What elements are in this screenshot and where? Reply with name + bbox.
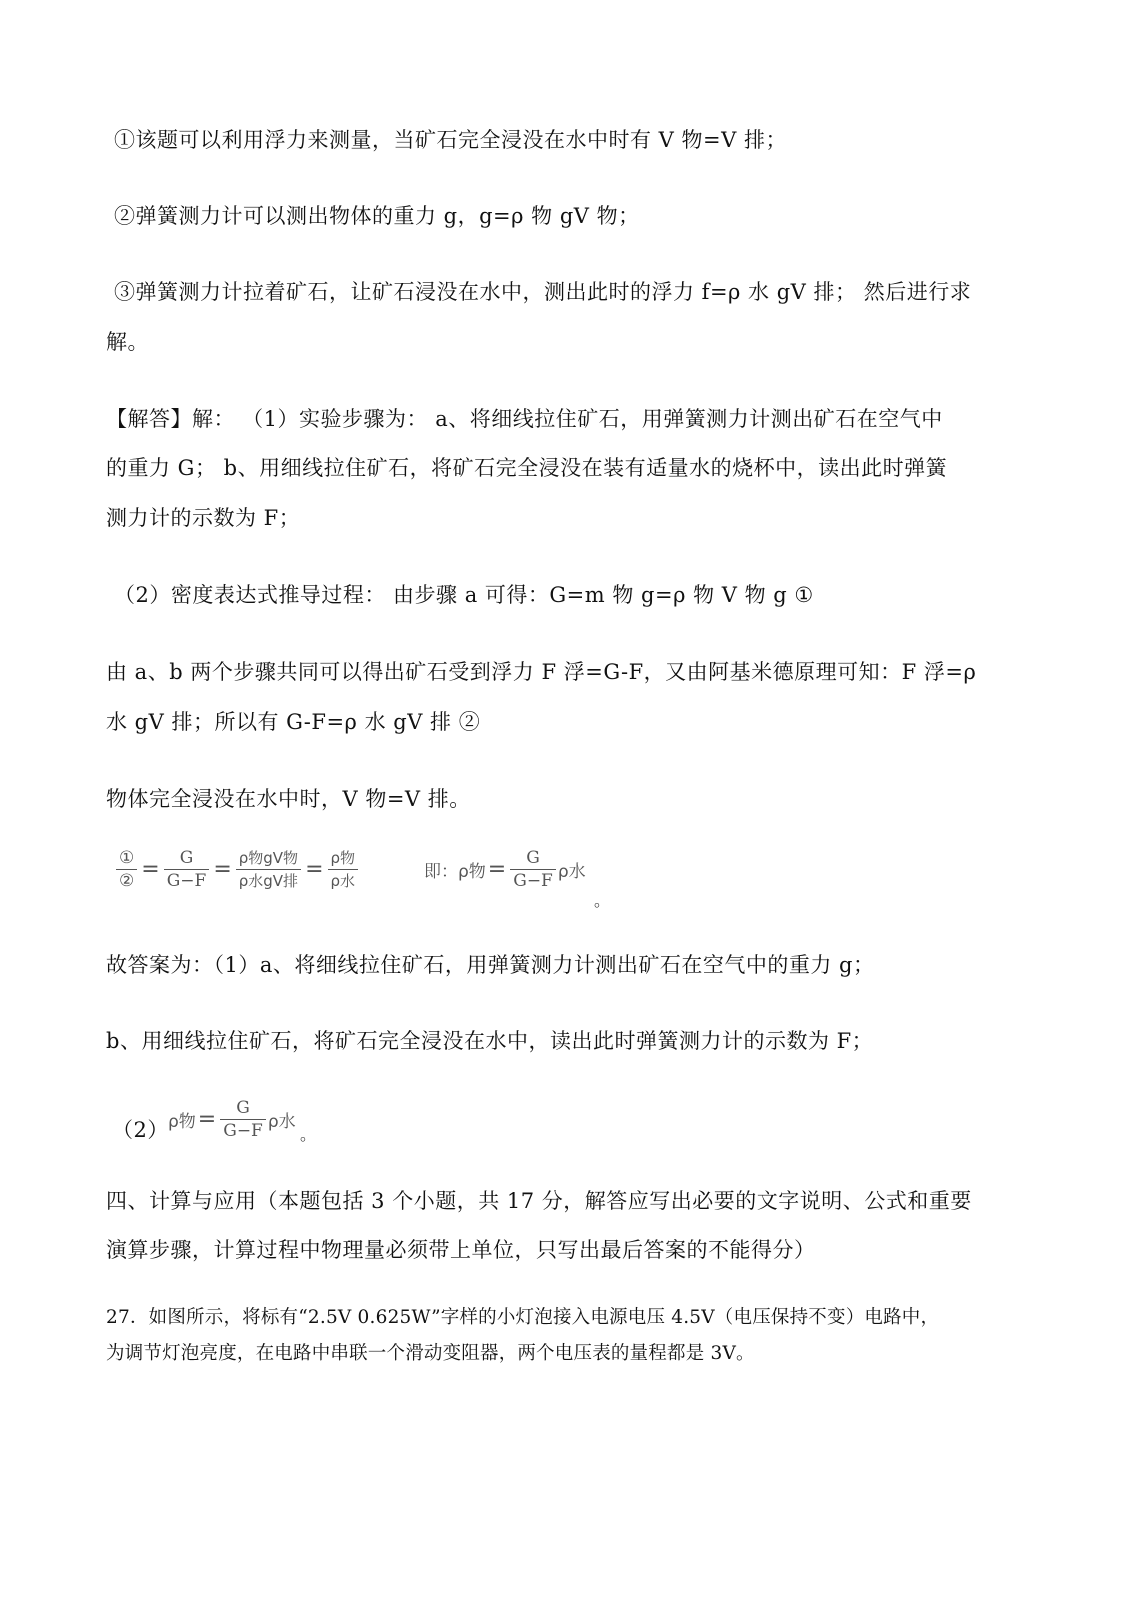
analysis-point-3-line-2: 解。 bbox=[106, 327, 149, 357]
fraction-g-over-g-minus-f: G G−F bbox=[164, 848, 210, 891]
answer-line-2: b、用细线拉住矿石，将矿石完全浸没在水中，读出此时弹簧测力计的示数为 F； bbox=[106, 1026, 873, 1056]
solution-line-5: 由 a、b 两个步骤共同可以得出矿石受到浮力 F 浮=G-F，又由阿基米德原理可… bbox=[106, 657, 976, 687]
answer-density-formula: ρ物 = G G−F ρ水 bbox=[168, 1098, 296, 1141]
density-result-formula: 即：ρ物 = G G−F ρ水 bbox=[424, 848, 586, 891]
fraction-result: G G−F bbox=[510, 848, 556, 891]
section-4-heading-line-2: 演算步骤，计算过程中物理量必须带上单位，只写出最后答案的不能得分） bbox=[106, 1235, 816, 1265]
analysis-point-3-line-1: ③弹簧测力计拉着矿石，让矿石浸没在水中，测出此时的浮力 f=ρ 水 gV 排； … bbox=[114, 277, 971, 307]
analysis-point-2: ②弹簧测力计可以测出物体的重力 g，g=ρ 物 gV 物； bbox=[114, 201, 640, 231]
solution-line-7: 物体完全浸没在水中时，V 物=V 排。 bbox=[106, 784, 471, 814]
solution-line-2: 的重力 G； b、用细线拉住矿石，将矿石完全浸没在装有适量水的烧杯中，读出此时弹… bbox=[106, 453, 947, 483]
fraction-density-volume: ρ物gV物 ρ水gV排 bbox=[236, 848, 301, 891]
fraction-density-ratio: ρ物 ρ水 bbox=[328, 848, 359, 891]
solution-line-6: 水 gV 排；所以有 G-F=ρ 水 gV 排 ② bbox=[106, 707, 480, 737]
ratio-fraction: ① ② bbox=[116, 848, 137, 891]
question-27-line-2: 为调节灯泡亮度，在电路中串联一个滑动变阻器，两个电压表的量程都是 3V。 bbox=[106, 1339, 755, 1369]
solution-line-1: 【解答】解： （1）实验步骤为： a、将细线拉住矿石，用弹簧测力计测出矿石在空气… bbox=[106, 404, 943, 434]
analysis-point-1: ①该题可以利用浮力来测量，当矿石完全浸没在水中时有 V 物=V 排； bbox=[114, 125, 787, 155]
answer-line-1: 故答案为：（1）a、将细线拉住矿石，用弹簧测力计测出矿石在空气中的重力 g； bbox=[106, 950, 875, 980]
answer-period: 。 bbox=[300, 1122, 316, 1145]
solution-line-4: （2）密度表达式推导过程： 由步骤 a 可得：G=m 物 g=ρ 物 V 物 g… bbox=[114, 580, 814, 610]
section-4-heading-line-1: 四、计算与应用（本题包括 3 个小题，共 17 分，解答应写出必要的文字说明、公… bbox=[106, 1186, 972, 1216]
answer-part-2-label: （2） bbox=[112, 1115, 169, 1145]
solution-line-3: 测力计的示数为 F； bbox=[106, 503, 300, 533]
density-derivation-formula: ① ② = G G−F = ρ物gV物 ρ水gV排 = ρ物 ρ水 bbox=[114, 848, 360, 891]
formula-period: 。 bbox=[594, 888, 610, 911]
question-27-line-1: 27．如图所示，将标有“2.5V 0.625W”字样的小灯泡接入电源电压 4.5… bbox=[106, 1303, 939, 1333]
answer-fraction: G G−F bbox=[220, 1098, 266, 1141]
